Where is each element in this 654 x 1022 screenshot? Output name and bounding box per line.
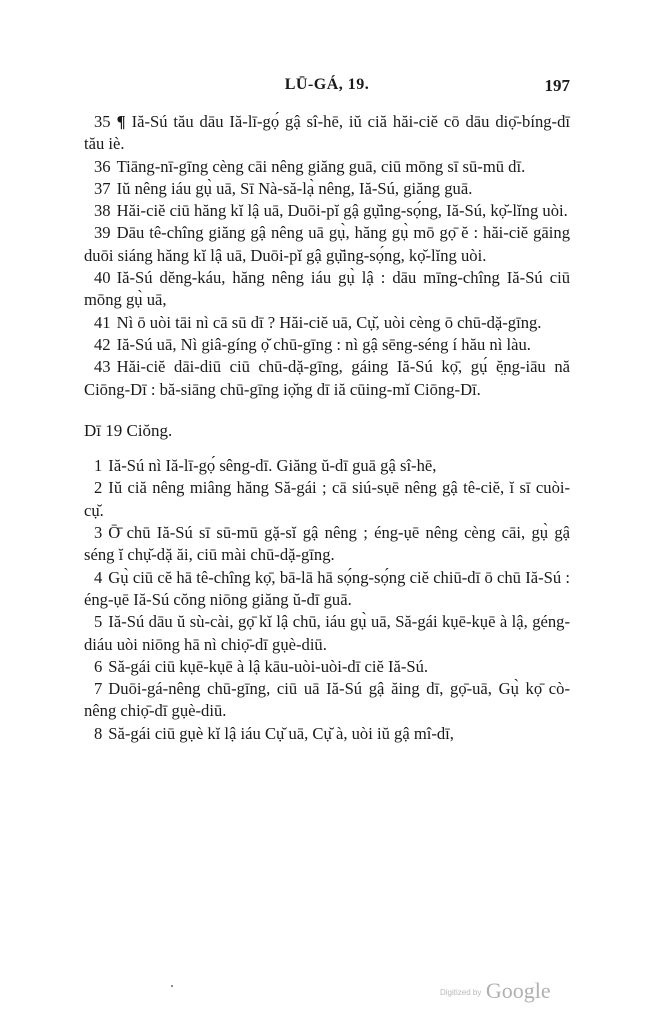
- verse-text: Iă-Sú nì Iă-lī-gọ́ sêng-dī. Giăng ŭ-dī g…: [108, 456, 436, 475]
- verse-text: Iŭ nêng iáu gụ̀ uā, Sī Nà-să-lạ̀ nêng, I…: [117, 179, 473, 198]
- verse: 39Dāu tê-chîng giăng gậ nêng uā gụ̀, hăn…: [84, 222, 570, 267]
- verse: 5Iă-Sú dāu ŭ sù-cài, gọ̄ kĭ lậ chū, iáu …: [84, 611, 570, 656]
- verse: 4Gụ̀ ciū cĕ hā tê-chîng kọ̄, bā-lā hā sọ…: [84, 567, 570, 612]
- verse: 42Iă-Sú uā, Nì giâ-gíng ọ̆ chū-gīng : nì…: [84, 334, 570, 356]
- verse-text: Să-gái ciū gụè kĭ lậ iáu Cụ̆ uā, Cụ̆ à, …: [108, 724, 454, 743]
- body-text: 35¶Iă-Sú tău dāu Iă-lī-gọ́ gậ sî-hē, iŭ …: [84, 111, 570, 745]
- verse: 43Hăi-ciĕ dāi-diū ciū chū-dặ-gīng, gáing…: [84, 356, 570, 401]
- verse: 6Să-gái ciū kụē-kụē à lậ kāu-uòi-uòi-dī …: [84, 656, 570, 678]
- verse: 7Duōi-gá-nêng chū-gīng, ciū uā Iă-Sú gậ …: [84, 678, 570, 723]
- chapter-18-verses: 35¶Iă-Sú tău dāu Iă-lī-gọ́ gậ sî-hē, iŭ …: [84, 111, 570, 401]
- verse-text: Nì ō uòi tāi nì cā sū dī ? Hăi-ciĕ uā, C…: [117, 313, 542, 332]
- verse: 35¶Iă-Sú tău dāu Iă-lī-gọ́ gậ sî-hē, iŭ …: [84, 111, 570, 156]
- verse-text: Iă-Sú dĕng-káu, hăng nêng iáu gụ̀ lậ : d…: [84, 268, 570, 309]
- verse-number: 39: [94, 223, 111, 242]
- running-head: LŪ-GÁ, 19.: [84, 76, 570, 94]
- page-number: 197: [545, 76, 571, 96]
- verse-number: 43: [94, 357, 111, 376]
- verse-text: Hăi-ciĕ ciū hăng kĭ lậ uā, Duōi-pĭ gậ gụ…: [117, 201, 568, 220]
- verse: 8Să-gái ciū gụè kĭ lậ iáu Cụ̆ uā, Cụ̆ à,…: [84, 723, 570, 745]
- verse-number: 6: [94, 657, 102, 676]
- verse-text: Să-gái ciū kụē-kụē à lậ kāu-uòi-uòi-dī c…: [108, 657, 428, 676]
- verse-number: 3: [94, 523, 102, 542]
- verse: 40Iă-Sú dĕng-káu, hăng nêng iáu gụ̀ lậ :…: [84, 267, 570, 312]
- watermark-brand: Google: [486, 978, 551, 1003]
- verse-text: Iŭ ciă nêng miâng hăng Să-gái ; cā siú-s…: [84, 478, 570, 519]
- verse-text: Iă-Sú tău dāu Iă-lī-gọ́ gậ sî-hē, iŭ ciă…: [84, 112, 570, 153]
- verse-number: 37: [94, 179, 111, 198]
- verse-number: 40: [94, 268, 111, 287]
- verse-number: 7: [94, 679, 102, 698]
- verse-text: Hăi-ciĕ dāi-diū ciū chū-dặ-gīng, gáing I…: [84, 357, 570, 398]
- digitized-watermark: Digitized by Google: [440, 978, 551, 1004]
- verse: 41Nì ō uòi tāi nì cā sū dī ? Hăi-ciĕ uā,…: [84, 312, 570, 334]
- verse-text: Ō̄ chū Iă-Sú sī sū-mū gặ-sĭ gậ nêng ; én…: [84, 523, 570, 564]
- verse-number: 41: [94, 313, 111, 332]
- verse: 3Ō̄ chū Iă-Sú sī sū-mū gặ-sĭ gậ nêng ; é…: [84, 522, 570, 567]
- verse: 2Iŭ ciă nêng miâng hăng Să-gái ; cā siú-…: [84, 477, 570, 522]
- page-speck: [171, 985, 173, 987]
- verse-text: Gụ̀ ciū cĕ hā tê-chîng kọ̄, bā-lā hā sọ́…: [84, 568, 570, 609]
- verse-text: Tiāng-nī-gīng cèng cāi nêng giăng guā, c…: [117, 157, 526, 176]
- verse-text: Iă-Sú dāu ŭ sù-cài, gọ̄ kĭ lậ chū, iáu g…: [84, 612, 570, 653]
- verse-number: 4: [94, 568, 102, 587]
- chapter-19-verses: 1Iă-Sú nì Iă-lī-gọ́ sêng-dī. Giăng ŭ-dī …: [84, 455, 570, 745]
- verse-number: 36: [94, 157, 111, 176]
- page-header: LŪ-GÁ, 19. 197: [84, 76, 570, 100]
- verse-number: 1: [94, 456, 102, 475]
- verse-number: 5: [94, 612, 102, 631]
- verse-number: 35: [94, 112, 111, 131]
- verse-text: Duōi-gá-nêng chū-gīng, ciū uā Iă-Sú gậ ă…: [84, 679, 570, 720]
- verse: 1Iă-Sú nì Iă-lī-gọ́ sêng-dī. Giăng ŭ-dī …: [84, 455, 570, 477]
- verse: 36Tiāng-nī-gīng cèng cāi nêng giăng guā,…: [84, 156, 570, 178]
- verse-number: 8: [94, 724, 102, 743]
- chapter-heading: Dī 19 Ciŏng.: [84, 420, 570, 442]
- pilcrow-mark: ¶: [117, 112, 126, 131]
- verse-number: 2: [94, 478, 102, 497]
- verse: 37Iŭ nêng iáu gụ̀ uā, Sī Nà-să-lạ̀ nêng,…: [84, 178, 570, 200]
- watermark-prefix: Digitized by: [440, 988, 481, 997]
- verse-number: 42: [94, 335, 111, 354]
- verse-text: Dāu tê-chîng giăng gậ nêng uā gụ̀, hăng …: [84, 223, 570, 264]
- verse-text: Iă-Sú uā, Nì giâ-gíng ọ̆ chū-gīng : nì g…: [117, 335, 531, 354]
- verse-number: 38: [94, 201, 111, 220]
- verse: 38Hăi-ciĕ ciū hăng kĭ lậ uā, Duōi-pĭ gậ …: [84, 200, 570, 222]
